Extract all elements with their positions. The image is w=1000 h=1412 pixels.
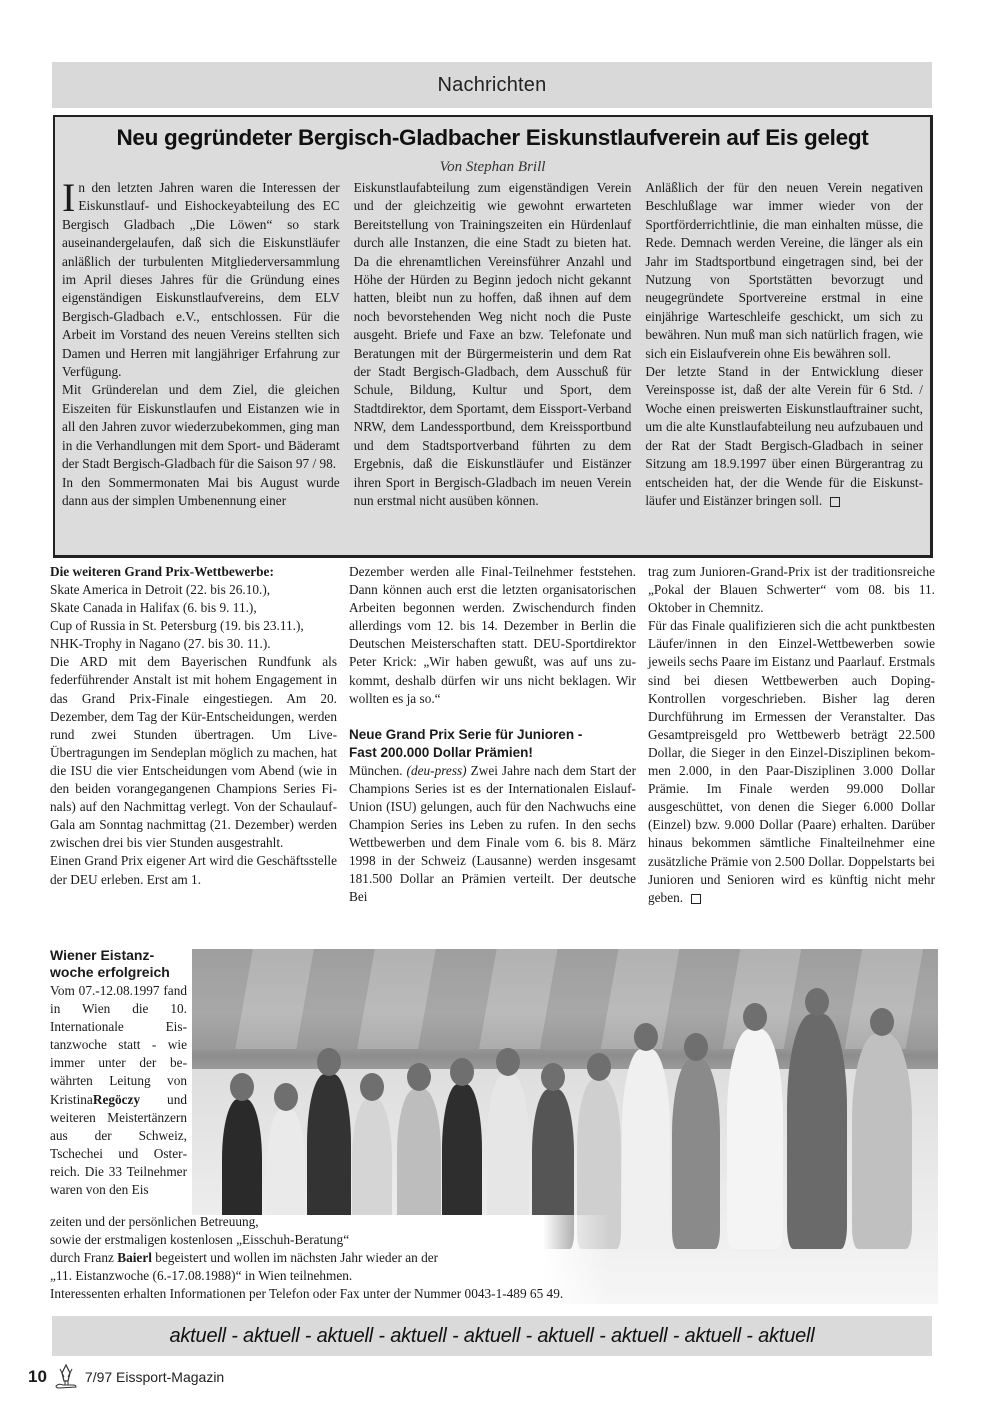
paragraph: Dezember werden alle Final-Teilnehmer fe… — [349, 563, 636, 708]
article-byline: Von Stephan Brill — [55, 159, 930, 176]
lower-articles: Die weiteren Grand Prix-Wettbewerbe: Ska… — [50, 563, 935, 935]
end-of-article-square-icon — [830, 497, 840, 507]
event-item: Cup of Russia in St. Petersburg (19. bis… — [50, 617, 337, 635]
aktuell-banner: aktuell - aktuell - aktuell - aktuell - … — [52, 1316, 932, 1356]
dropcap: I — [62, 181, 75, 215]
event-item: Skate America in Detroit (22. bis 26.10.… — [50, 581, 337, 599]
magazine-issue: 7/97 Eissport-Magazin — [85, 1369, 224, 1385]
paragraph: München. (deu-press) Zwei Jahre nach dem… — [349, 762, 636, 907]
article-headline: Neu gegründeter Bergisch-Gladbacher Eisk… — [55, 125, 930, 151]
juniors-column-3: trag zum Junioren-Grand-Prix ist der tra… — [648, 563, 935, 935]
article-columns: In den letzten Jahren waren die Interess… — [62, 179, 923, 510]
grand-prix-heading: Die weiteren Grand Prix-Wettbewerbe: — [50, 563, 337, 581]
event-item: NHK-Trophy in Nagano (27. bis 30. 11.). — [50, 635, 337, 653]
page-footer: 10 7/97 Eissport-Magazin — [28, 1363, 224, 1391]
paragraph: Die ARD mit dem Bayerischen Rundfunk als… — [50, 653, 337, 852]
paragraph: In den letzten Jahren waren die Interess… — [62, 179, 340, 381]
grand-prix-column-2: Dezember werden alle Final-Teilnehmer fe… — [349, 563, 636, 935]
paragraph: Mit Gründerelan und dem Ziel, die gleich… — [62, 381, 340, 473]
skater-figure — [852, 1034, 912, 1249]
section-header: Nachrichten — [52, 62, 932, 108]
source-tag: (deu-press) — [407, 763, 467, 778]
paragraph: trag zum Junioren-Grand-Prix ist der tra… — [648, 563, 935, 617]
paragraph: In den Sommermonaten Mai bis August wur­… — [62, 474, 340, 511]
paragraph: Anläßlich der für den neuen Verein negat… — [645, 179, 923, 363]
section-title: Nachrichten — [438, 74, 547, 97]
paragraph: Einen Grand Prix eigener Art wird die Ge… — [50, 852, 337, 888]
event-item: Skate Canada in Halifax (6. bis 9. 11.), — [50, 599, 337, 617]
vienna-heading: Wiener Eistanz- woche erfolgreich — [50, 947, 190, 981]
paragraph: Eiskunstlaufabteilung zum eigenständigen… — [354, 179, 632, 510]
skater-figure — [672, 1059, 720, 1249]
contact-info: Interessenten erhalten Informationen per… — [50, 1285, 670, 1303]
paragraph: Der letzte Stand in der Entwicklung dies… — [645, 363, 923, 510]
vienna-photo-section: Wiener Eistanz- woche erfolgreich Vom 07… — [50, 945, 935, 1310]
page-number: 10 — [28, 1367, 47, 1387]
boxed-article: Neu gegründeter Bergisch-Gladbacher Eisk… — [53, 115, 933, 558]
skater-figure — [787, 1014, 847, 1249]
person-name: Regöczy — [93, 1092, 140, 1107]
skater-figure — [727, 1029, 783, 1249]
vienna-body-continued: zeiten und der persönlichen Betreuung, s… — [50, 1213, 670, 1303]
grand-prix-column-1: Die weiteren Grand Prix-Wettbewerbe: Ska… — [50, 563, 337, 935]
person-name: Baierl — [117, 1250, 152, 1265]
paragraph: Für das Finale qualifizieren sich die ac… — [648, 617, 935, 907]
vienna-body: Vom 07.-12.08.1997 fand in Wien die 10. … — [50, 982, 187, 1199]
article-column-1: In den letzten Jahren waren die Interess… — [62, 179, 340, 510]
article-column-2: Eiskunstlaufabteilung zum eigenständigen… — [354, 179, 632, 510]
article-column-3: Anläßlich der für den neuen Verein negat… — [645, 179, 923, 510]
end-of-article-square-icon — [691, 894, 701, 904]
juniors-heading: Neue Grand Prix Serie für Junioren - Fas… — [349, 726, 636, 762]
skater-logo-icon — [53, 1363, 79, 1391]
